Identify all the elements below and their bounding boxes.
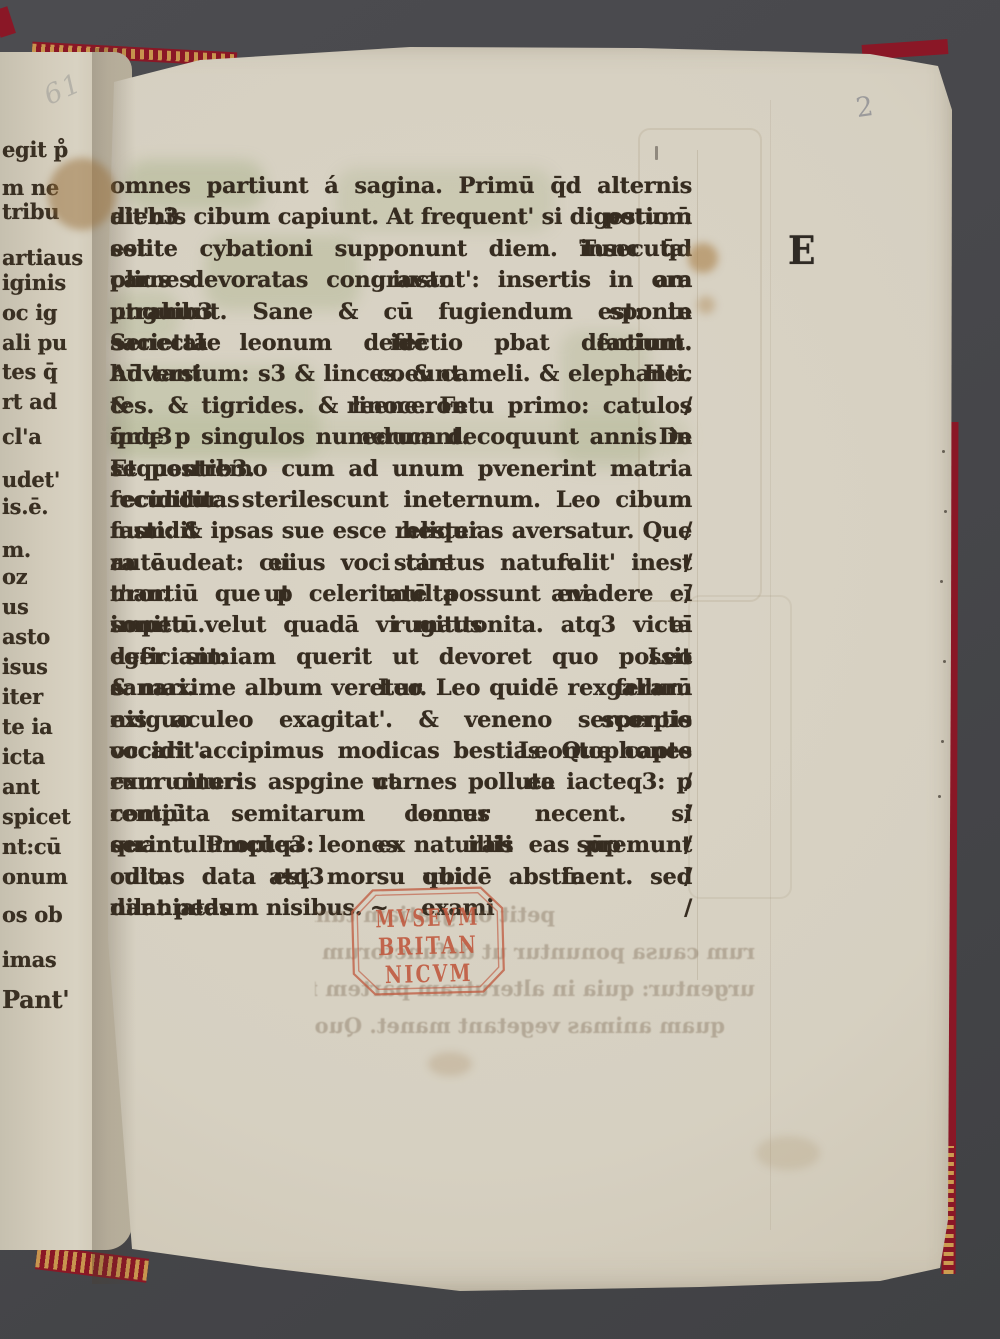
verso-fragment: us — [2, 594, 29, 619]
verso-fragment: ali pu — [2, 330, 67, 355]
manuscript-line: inde p singulos numerum decoquunt annis … — [110, 422, 692, 453]
verso-fragment: cl'a — [2, 424, 42, 449]
verso-fragment: icta — [2, 744, 45, 769]
folio-number-pencil: 61 — [39, 68, 87, 112]
verso-fragment: Pant' — [2, 985, 69, 1014]
manuscript-line: reciditur: sterilescunt ineternum. Leo c… — [110, 485, 692, 516]
manuscript-line: Et postremo cum ad unum pvenerint matria… — [110, 454, 692, 485]
ink-speck — [655, 146, 658, 160]
edge-dot — [942, 450, 945, 453]
recto-page: omnes partiunt á sagina. Primū q̄d alter… — [80, 40, 956, 1296]
manuscript-line: solite cybationi supponunt diem. Tunc q̄… — [110, 234, 692, 265]
manuscript-line: rum cineris aspgine carnes pollute iacte… — [110, 767, 692, 798]
verso-fragment: oc ig — [2, 300, 57, 325]
verso-fragment: tribu — [2, 199, 59, 224]
manuscript-line: nis aculeo exagitat'. & veneno serpentis… — [110, 705, 692, 736]
stain — [688, 243, 718, 273]
gold-tooling-icon — [35, 1247, 149, 1281]
verso-fragment: m. — [2, 537, 31, 562]
verso-fragment: os ob — [2, 902, 62, 927]
ghost-showthrough-line: quam animas vegetant manet. Quod tam — [315, 1007, 755, 1044]
manuscript-line: eger simiam querit ut devoret quo possit… — [110, 642, 692, 673]
verso-fragment: is.ē. — [2, 494, 48, 519]
manuscript-line: tes. & tigrides. & leene. Fetu primo: ca… — [110, 391, 692, 422]
verso-fragment: egit p̊ — [2, 137, 68, 162]
page-number-pencil: 2 — [854, 91, 875, 124]
verso-fragment: iter — [2, 684, 43, 709]
showthrough-frame — [688, 595, 792, 899]
stamp-line: MVSEVM — [375, 902, 480, 934]
verso-fragment: rt ad — [2, 389, 57, 414]
verso-fragment: udet' — [2, 467, 60, 492]
verso-fragment: tes q̄ — [2, 359, 57, 384]
binding-edge-bottom-left-icon — [35, 1245, 149, 1282]
edge-dot — [938, 795, 941, 798]
verso-fragment: asto — [2, 624, 50, 649]
verso-fragment: ant — [2, 774, 40, 799]
ruling-line-margin — [770, 100, 771, 1230]
manuscript-line: ra audeat: cuius voci tantus naturalit' … — [110, 548, 692, 579]
manuscript-line: num: & ipsas sue esce reliquias aversatu… — [110, 516, 692, 547]
verso-fragment: nt:cū — [2, 834, 61, 859]
stamp-line: NICVM — [384, 958, 473, 989]
manuscript-line: rentiū semitarum leones necent. si quant… — [110, 799, 692, 830]
verso-fragment: iginis — [2, 270, 66, 295]
manuscript-line: vocari accipimus modicas bestias. Que ca… — [110, 736, 692, 767]
verso-fragment: imas — [2, 947, 56, 972]
stain — [756, 1136, 820, 1170]
verso-fragment: oz — [2, 564, 27, 589]
manuscript-line: serint. Proptea leones naturali eas prem… — [110, 830, 692, 861]
stamp-line: BRITAN — [378, 930, 479, 962]
manuscript-line: hū tantum: s3 & linces. & cameli. & elep… — [110, 359, 692, 390]
verso-fragment: spicet — [2, 804, 71, 829]
museum-stamp: MVSEVM BRITAN NICVM — [349, 884, 508, 998]
manuscript-line: omnes partiunt á sagina. Primū q̄d alter… — [110, 171, 692, 202]
verso-fragment: artiaus — [2, 245, 83, 270]
edge-dot — [944, 510, 947, 513]
manuscript-line: mantiū que p celeritatē possunt evadere … — [110, 579, 692, 610]
manuscript-line: & maxime album veretur. Leo quidē rex fe… — [110, 673, 692, 704]
stain — [428, 1052, 472, 1076]
manuscript-line: sonitu velut quadā vi mattonita. atq3 vi… — [110, 610, 692, 641]
manuscript-line: alt'nis cibum capiunt. At frequent' si d… — [110, 202, 692, 233]
stain — [697, 296, 715, 314]
manuscript-line: Senectā leonum defectio pbat dentium. Ad… — [110, 328, 692, 359]
verso-fragment: m ne — [2, 175, 59, 200]
manuscript-line: ptrahunt. Sane & cū fugiendum est: in sa… — [110, 297, 692, 328]
manuscript-text-block: omnes partiunt á sagina. Primū q̄d alter… — [110, 171, 692, 924]
verso-fragment: onum — [2, 864, 68, 889]
verso-fragment: isus — [2, 654, 48, 679]
manuscript-line: plius devoratas congravant': insertis in… — [110, 265, 692, 296]
edge-dot — [943, 660, 946, 663]
ruling-line-right — [697, 150, 698, 980]
verso-fragment: te ia — [2, 714, 52, 739]
margin-letter: E — [788, 228, 815, 273]
edge-dot — [940, 580, 943, 583]
manuscript-photo: 61 egit p̊m netribuartiausiginisoc igali… — [0, 0, 1000, 1339]
edge-dot — [941, 740, 944, 743]
binding-corner-top-left-icon — [0, 6, 16, 38]
